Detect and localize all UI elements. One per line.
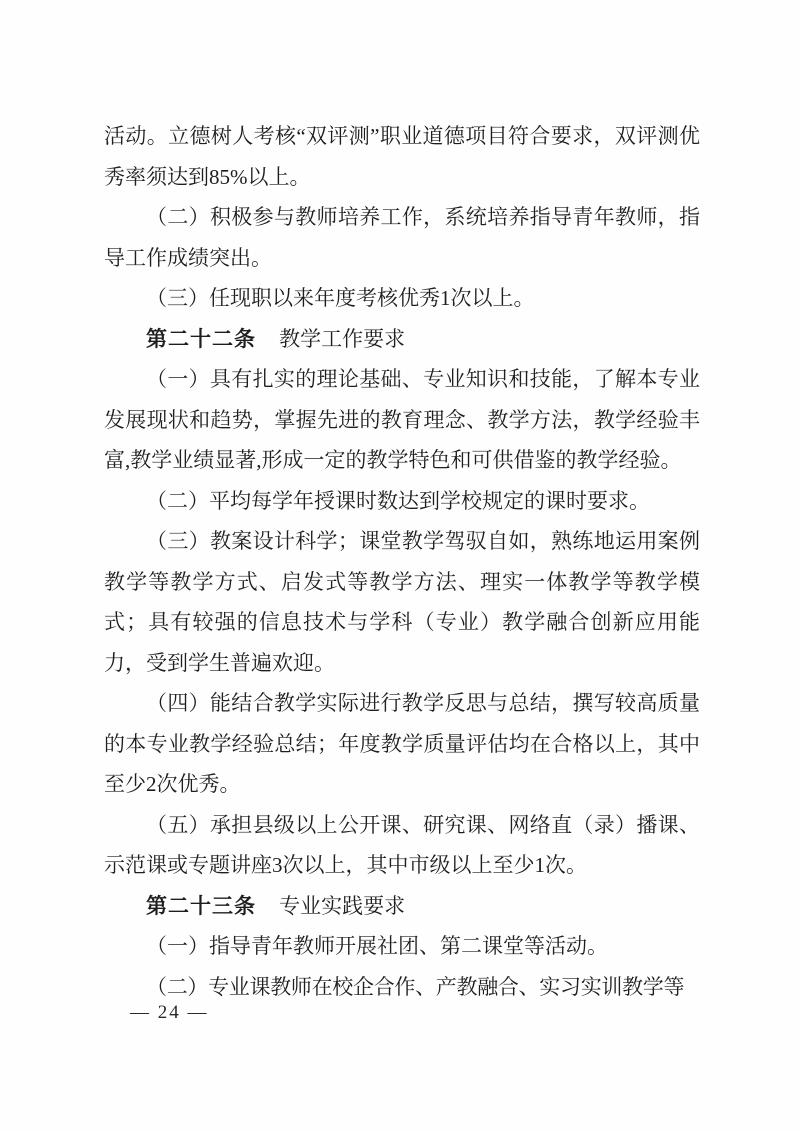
document-body: 活动。立德树人考核“双评测”职业道德项目符合要求，双评测优秀率须达到85%以上。… (104, 116, 700, 1007)
page-number: — 24 — (130, 1000, 209, 1026)
article-title: 教学工作要求 (279, 327, 405, 351)
paragraph-clause-5-teaching: （五）承担县级以上公开课、研究课、网络直（录）播课、示范课或专题讲座3次以上，其… (104, 805, 700, 886)
article-number: 第二十二条 (146, 327, 256, 351)
article-title: 专业实践要求 (279, 894, 405, 918)
paragraph-clause-2-teaching: （二）平均每学年授课时数达到学校规定的课时要求。 (104, 481, 700, 522)
article-number: 第二十三条 (146, 894, 256, 918)
paragraph-continuation: 活动。立德树人考核“双评测”职业道德项目符合要求，双评测优秀率须达到85%以上。 (104, 116, 700, 197)
paragraph-clause-1-practice: （一）指导青年教师开展社团、第二课堂等活动。 (104, 926, 700, 967)
article-heading-23: 第二十三条专业实践要求 (104, 886, 700, 927)
article-heading-22: 第二十二条教学工作要求 (104, 319, 700, 360)
paragraph-clause-4-teaching: （四）能结合教学实际进行教学反思与总结，撰写较高质量的本专业教学经验总结；年度教… (104, 683, 700, 805)
paragraph-clause-1-teaching: （一）具有扎实的理论基础、专业知识和技能，了解本专业发展现状和趋势，掌握先进的教… (104, 359, 700, 481)
paragraph-clause-3-teaching: （三）教案设计科学；课堂教学驾驭自如，熟练地运用案例教学等教学方式、启发式等教学… (104, 521, 700, 683)
document-page: 活动。立德树人考核“双评测”职业道德项目符合要求，双评测优秀率须达到85%以上。… (0, 0, 800, 1131)
paragraph-clause-2: （二）积极参与教师培养工作，系统培养指导青年教师，指导工作成绩突出。 (104, 197, 700, 278)
paragraph-clause-3: （三）任现职以来年度考核优秀1次以上。 (104, 278, 700, 319)
